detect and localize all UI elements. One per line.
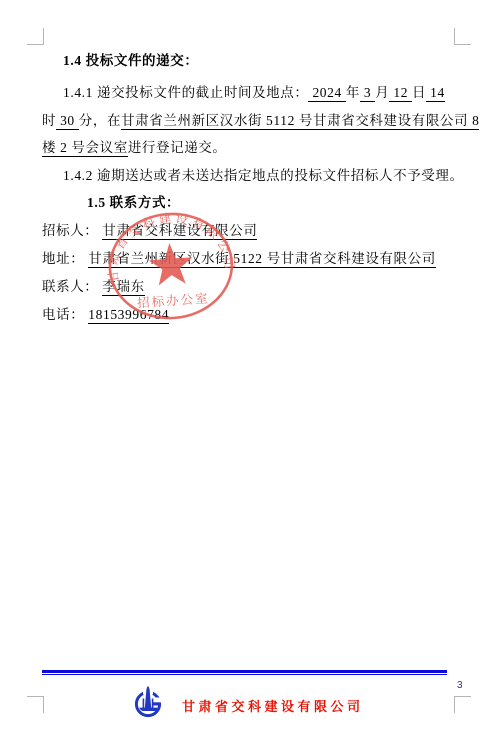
year-unit: 年 <box>346 85 360 100</box>
tenderee-label: 招标人： <box>42 223 102 238</box>
stamp-ring-text-path: 甘肃省交科建设有限公司 <box>101 206 237 284</box>
crop-mark-top-right <box>454 28 471 45</box>
tenderee-value: 甘肃省交科建设有限公司 <box>102 223 257 240</box>
venue-blank-continued: 楼 2 号会议室 <box>42 140 128 157</box>
deadline-minute-blank: 30 <box>56 113 79 130</box>
stamp-ring-text: 甘肃省交科建设有限公司 <box>101 206 237 284</box>
phone-value: 18153996784 <box>88 307 169 324</box>
clause-1-4-1-end: 进行登记递交。 <box>128 140 227 155</box>
month-unit: 月 <box>375 85 389 100</box>
contact-person-label: 联系人： <box>42 279 102 294</box>
address-label: 地址： <box>42 251 88 266</box>
contact-row-tenderee: 招标人： 甘肃省交科建设有限公司 <box>42 223 257 239</box>
clause-1-4-1-line2: 时 30 分，在甘肃省兰州新区汉水街 5112 号甘肃省交科建设有限公司 8 <box>42 113 479 129</box>
day-unit: 日 <box>412 85 426 100</box>
clause-1-4-1-line3: 楼 2 号会议室进行登记递交。 <box>42 140 227 156</box>
company-logo-icon <box>131 685 165 719</box>
contact-row-address: 地址： 甘肃省兰州新区汉水街 5122 号甘肃省交科建设有限公司 <box>42 251 436 267</box>
deadline-year-blank: 2024 <box>308 85 345 102</box>
clause-1-4-1-line1: 1.4.1 递交投标文件的截止时间及地点： 2024 年 3 月 12 日 14 <box>63 85 445 101</box>
clause-1-4-2: 1.4.2 逾期送达或者未送达指定地点的投标文件招标人不予受理。 <box>63 168 464 184</box>
deadline-day-blank: 12 <box>389 85 412 102</box>
phone-label: 电话： <box>42 307 88 322</box>
venue-blank: 甘肃省兰州新区汉水街 5112 号甘肃省交科建设有限公司 8 <box>121 113 479 130</box>
section-1-4-heading: 1.4 投标文件的递交： <box>63 53 198 69</box>
footer-divider-thin-line <box>42 674 447 675</box>
crop-mark-top-left <box>27 28 44 45</box>
minute-suffix: 分，在 <box>79 113 121 128</box>
clause-1-4-1-prefix: 1.4.1 递交投标文件的截止时间及地点： <box>63 85 308 100</box>
deadline-month-blank: 3 <box>360 85 375 102</box>
footer-company-name: 甘肃省交科建设有限公司 <box>182 696 364 715</box>
deadline-hour-blank: 14 <box>426 85 445 102</box>
crop-mark-bottom-left <box>27 696 44 713</box>
section-1-5-heading: 1.5 联系方式： <box>87 195 180 211</box>
contact-row-person: 联系人： 李瑞东 <box>42 279 145 295</box>
contact-person-value: 李瑞东 <box>102 279 144 296</box>
hour-unit: 时 <box>42 113 56 128</box>
document-page: 1.4 投标文件的递交： 1.4.1 递交投标文件的截止时间及地点： 2024 … <box>0 0 497 734</box>
page-number: 3 <box>457 680 463 691</box>
footer-divider-line <box>42 670 447 675</box>
crop-mark-bottom-right <box>454 696 471 713</box>
contact-row-phone: 电话： 18153996784 <box>42 307 169 323</box>
address-value: 甘肃省兰州新区汉水街 5122 号甘肃省交科建设有限公司 <box>88 251 436 268</box>
